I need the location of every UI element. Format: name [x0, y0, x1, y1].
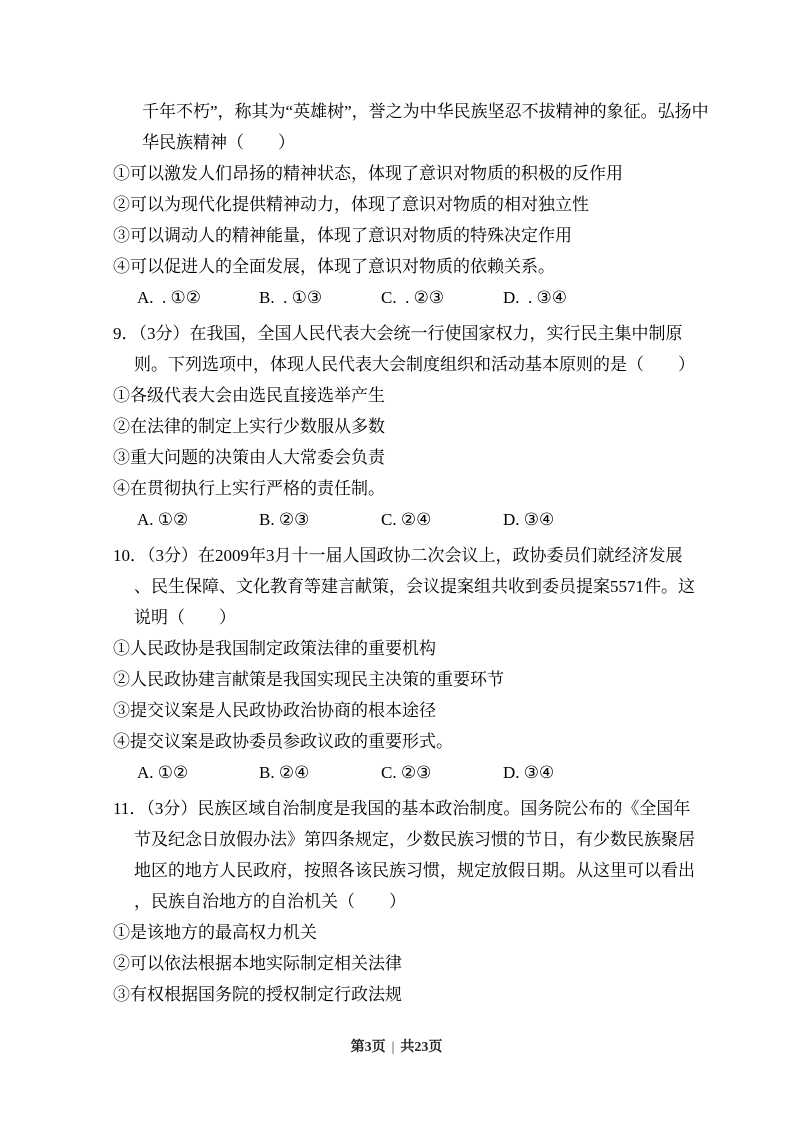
- question-stem-line: ，民族自治地方的自治机关（ ）: [0, 886, 793, 917]
- question-block-10: 10．（3分）在2009年3月十一届人国政协二次会议上，政协委员们就经济发展、民…: [0, 540, 793, 788]
- choice-B: B. ②④: [259, 757, 381, 788]
- option-item: ④在贯彻执行上实行严格的责任制。: [0, 473, 793, 504]
- question-block-9: 9．（3分）在我国，全国人民代表大会统一行使国家权力，实行民主集中制原则。下列选…: [0, 318, 793, 535]
- question-stem-line: 、民生保障、文化教育等建言献策，会议提案组共收到委员提案5571件。这: [0, 571, 793, 602]
- option-item: ③可以调动人的精神能量，体现了意识对物质的特殊决定作用: [0, 220, 793, 251]
- question-stem-line: 地区的地方人民政府，按照各该民族习惯，规定放假日期。从这里可以看出: [0, 855, 793, 886]
- question-block-8-continuation: 千年不朽”，称其为“英雄树”，誉之为中华民族坚忍不拔精神的象征。弘扬中华民族精神…: [0, 96, 793, 313]
- exam-page: 千年不朽”，称其为“英雄树”，誉之为中华民族坚忍不拔精神的象征。弘扬中华民族精神…: [0, 0, 793, 1122]
- choice-C: C. ②③: [381, 757, 503, 788]
- choice-A: A. . ①②: [137, 282, 259, 313]
- page-footer: 第3页|共23页: [0, 1036, 793, 1056]
- choice-D: D. . ③④: [503, 282, 625, 313]
- choice-D: D. ③④: [503, 504, 625, 535]
- question-stem-line: 则。下列选项中，体现人民代表大会制度组织和活动基本原则的是（ ）: [0, 349, 793, 380]
- choice-B: B. ②③: [259, 504, 381, 535]
- choices-row: A. ①②B. ②④C. ②③D. ③④: [0, 757, 793, 788]
- option-item: ①各级代表大会由选民直接选举产生: [0, 380, 793, 411]
- page-number: 第3页: [351, 1040, 386, 1055]
- question-stem-line: 10．（3分）在2009年3月十一届人国政协二次会议上，政协委员们就经济发展: [0, 540, 793, 571]
- questions-area: 千年不朽”，称其为“英雄树”，誉之为中华民族坚忍不拔精神的象征。弘扬中华民族精神…: [0, 96, 793, 1010]
- choice-C: C. ②④: [381, 504, 503, 535]
- choices-row: A. ①②B. ②③C. ②④D. ③④: [0, 504, 793, 535]
- question-stem-line: 说明（ ）: [0, 602, 793, 633]
- page-total: 共23页: [400, 1040, 442, 1055]
- question-block-11: 11．（3分）民族区域自治制度是我国的基本政治制度。国务院公布的《全国年节及纪念…: [0, 793, 793, 1010]
- choice-D: D. ③④: [503, 757, 625, 788]
- option-item: ②人民政协建言献策是我国实现民主决策的重要环节: [0, 664, 793, 695]
- option-item: ③重大问题的决策由人大常委会负责: [0, 442, 793, 473]
- choices-row: A. . ①②B. . ①③C. . ②③D. . ③④: [0, 282, 793, 313]
- choice-A: A. ①②: [137, 504, 259, 535]
- choice-A: A. ①②: [137, 757, 259, 788]
- question-stem-line: 千年不朽”，称其为“英雄树”，誉之为中华民族坚忍不拔精神的象征。弘扬中: [0, 96, 793, 127]
- option-item: ①人民政协是我国制定政策法律的重要机构: [0, 633, 793, 664]
- option-item: ②在法律的制定上实行少数服从多数: [0, 411, 793, 442]
- option-item: ③有权根据国务院的授权制定行政法规: [0, 979, 793, 1010]
- question-stem-line: 华民族精神（ ）: [0, 127, 793, 158]
- option-item: ②可以为现代化提供精神动力，体现了意识对物质的相对独立性: [0, 189, 793, 220]
- choice-B: B. . ①③: [259, 282, 381, 313]
- option-item: ①可以激发人们昂扬的精神状态，体现了意识对物质的积极的反作用: [0, 158, 793, 189]
- choice-C: C. . ②③: [381, 282, 503, 313]
- option-item: ①是该地方的最高权力机关: [0, 917, 793, 948]
- question-stem-line: 9．（3分）在我国，全国人民代表大会统一行使国家权力，实行民主集中制原: [0, 318, 793, 349]
- question-stem-line: 11．（3分）民族区域自治制度是我国的基本政治制度。国务院公布的《全国年: [0, 793, 793, 824]
- option-item: ②可以依法根据本地实际制定相关法律: [0, 948, 793, 979]
- option-item: ④提交议案是政协委员参政议政的重要形式。: [0, 726, 793, 757]
- option-item: ④可以促进人的全面发展，体现了意识对物质的依赖关系。: [0, 251, 793, 282]
- option-item: ③提交议案是人民政协政治协商的根本途径: [0, 695, 793, 726]
- footer-separator: |: [392, 1040, 395, 1055]
- question-stem-line: 节及纪念日放假办法》第四条规定，少数民族习惯的节日，有少数民族聚居: [0, 824, 793, 855]
